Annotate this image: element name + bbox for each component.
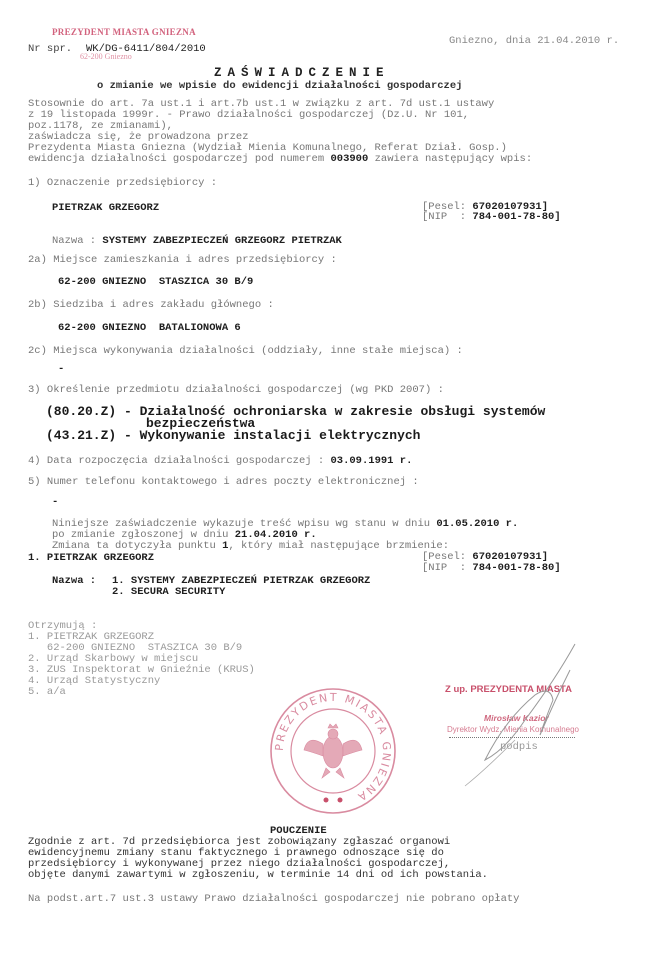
section-2c-label: 2c) Miejsca wykonywania działalności (od… <box>28 346 463 357</box>
pkd-description: - Wykonywanie instalacji elektrycznych <box>124 428 420 443</box>
registry-number: 003900 <box>330 153 368 165</box>
main-office-address: 62-200 GNIEZNO BATALIONOWA 6 <box>58 323 241 334</box>
prev-nip-value: 784-001-78-80] <box>472 562 560 574</box>
intro-line-suffix: zawiera następujący wpis: <box>375 153 533 165</box>
seal-icon: PREZYDENT MIASTA GNIEZNA <box>268 686 398 816</box>
nip-value: 784-001-78-80] <box>472 211 560 223</box>
nip-label: [NIP : <box>422 211 466 223</box>
notice-paragraph: Zgodnie z art. 7d przedsiębiorca jest zo… <box>28 837 488 881</box>
fee-note: Na podst.art.7 ust.3 ustawy Prawo działa… <box>28 894 519 905</box>
section-5-label: 5) Numer telefonu kontaktowego i adres p… <box>28 477 419 488</box>
company-name: SYSTEMY ZABEZPIECZEŃ GRZEGORZ PIETRZAK <box>102 235 341 247</box>
pkd-code: (43.21.Z) <box>46 428 116 443</box>
change-line-3-suffix: , który miał następujące brzmienie: <box>228 540 449 552</box>
contact-value: - <box>52 497 58 508</box>
previous-entrepreneur-name: 1. PIETRZAK GRZEGORZ <box>28 553 154 564</box>
change-paragraph: Niniejsze zaświadczenie wykazuje treść w… <box>52 519 518 552</box>
pkd-item: (43.21.Z) - Wykonywanie instalacji elekt… <box>46 430 420 442</box>
prev-name-2: 2. SECURA SECURITY <box>112 587 225 598</box>
case-label: Nr spr. <box>28 44 72 55</box>
official-seal: PREZYDENT MIASTA GNIEZNA <box>268 686 398 816</box>
case-number: WK/DG-6411/804/2010 <box>86 44 206 55</box>
pkd-code: (80.20.Z) <box>46 404 116 419</box>
entrepreneur-name: PIETRZAK GRZEGORZ <box>52 203 159 214</box>
change-line-3: Zmiana ta dotyczyła punktu <box>52 540 216 552</box>
notice-line: objęte danymi zawartymi w zgłoszeniu, w … <box>28 870 488 881</box>
section-2b-label: 2b) Siedziba i adres zakładu głównego : <box>28 300 274 311</box>
place-date: Gniezno, dnia 21.04.2010 r. <box>449 36 619 47</box>
section-2a-label: 2a) Miejsce zamieszkania i adres przedsi… <box>28 255 337 266</box>
company-name-label: Nazwa : <box>52 235 96 247</box>
prev-nip-label: [NIP : <box>422 562 466 574</box>
recipients-list: Otrzymują : 1. PIETRZAK GRZEGORZ 62-200 … <box>28 621 255 698</box>
business-locations-value: - <box>58 364 64 375</box>
residence-address: 62-200 GNIEZNO STASZICA 30 B/9 <box>58 277 253 288</box>
recipient-item: 5. a/a <box>28 687 255 698</box>
intro-line-prefix: ewidencja działalności gospodarczej pod … <box>28 153 324 165</box>
handwritten-signature-icon <box>455 640 605 790</box>
prev-names-label: Nazwa : <box>52 576 96 587</box>
status-date: 01.05.2010 r. <box>436 518 518 530</box>
section-1-label: 1) Oznaczenie przedsiębiorcy : <box>28 178 217 189</box>
pkd-item: (80.20.Z) - Działalność ochroniarska w z… <box>46 406 545 418</box>
office-stamp-title: PREZYDENT MIASTA GNIEZNA <box>52 27 196 37</box>
section-3-label: 3) Określenie przedmiotu działalności go… <box>28 385 444 396</box>
document-title: ZAŚWIADCZENIE <box>214 66 390 80</box>
intro-paragraph: Stosownie do art. 7a ust.1 i art.7b ust.… <box>28 99 532 165</box>
section-4-label: 4) Data rozpoczęcia działalności gospoda… <box>28 455 324 467</box>
document-subtitle: o zmianie we wpisie do ewidencji działal… <box>97 80 462 92</box>
start-date: 03.09.1991 r. <box>330 455 412 467</box>
